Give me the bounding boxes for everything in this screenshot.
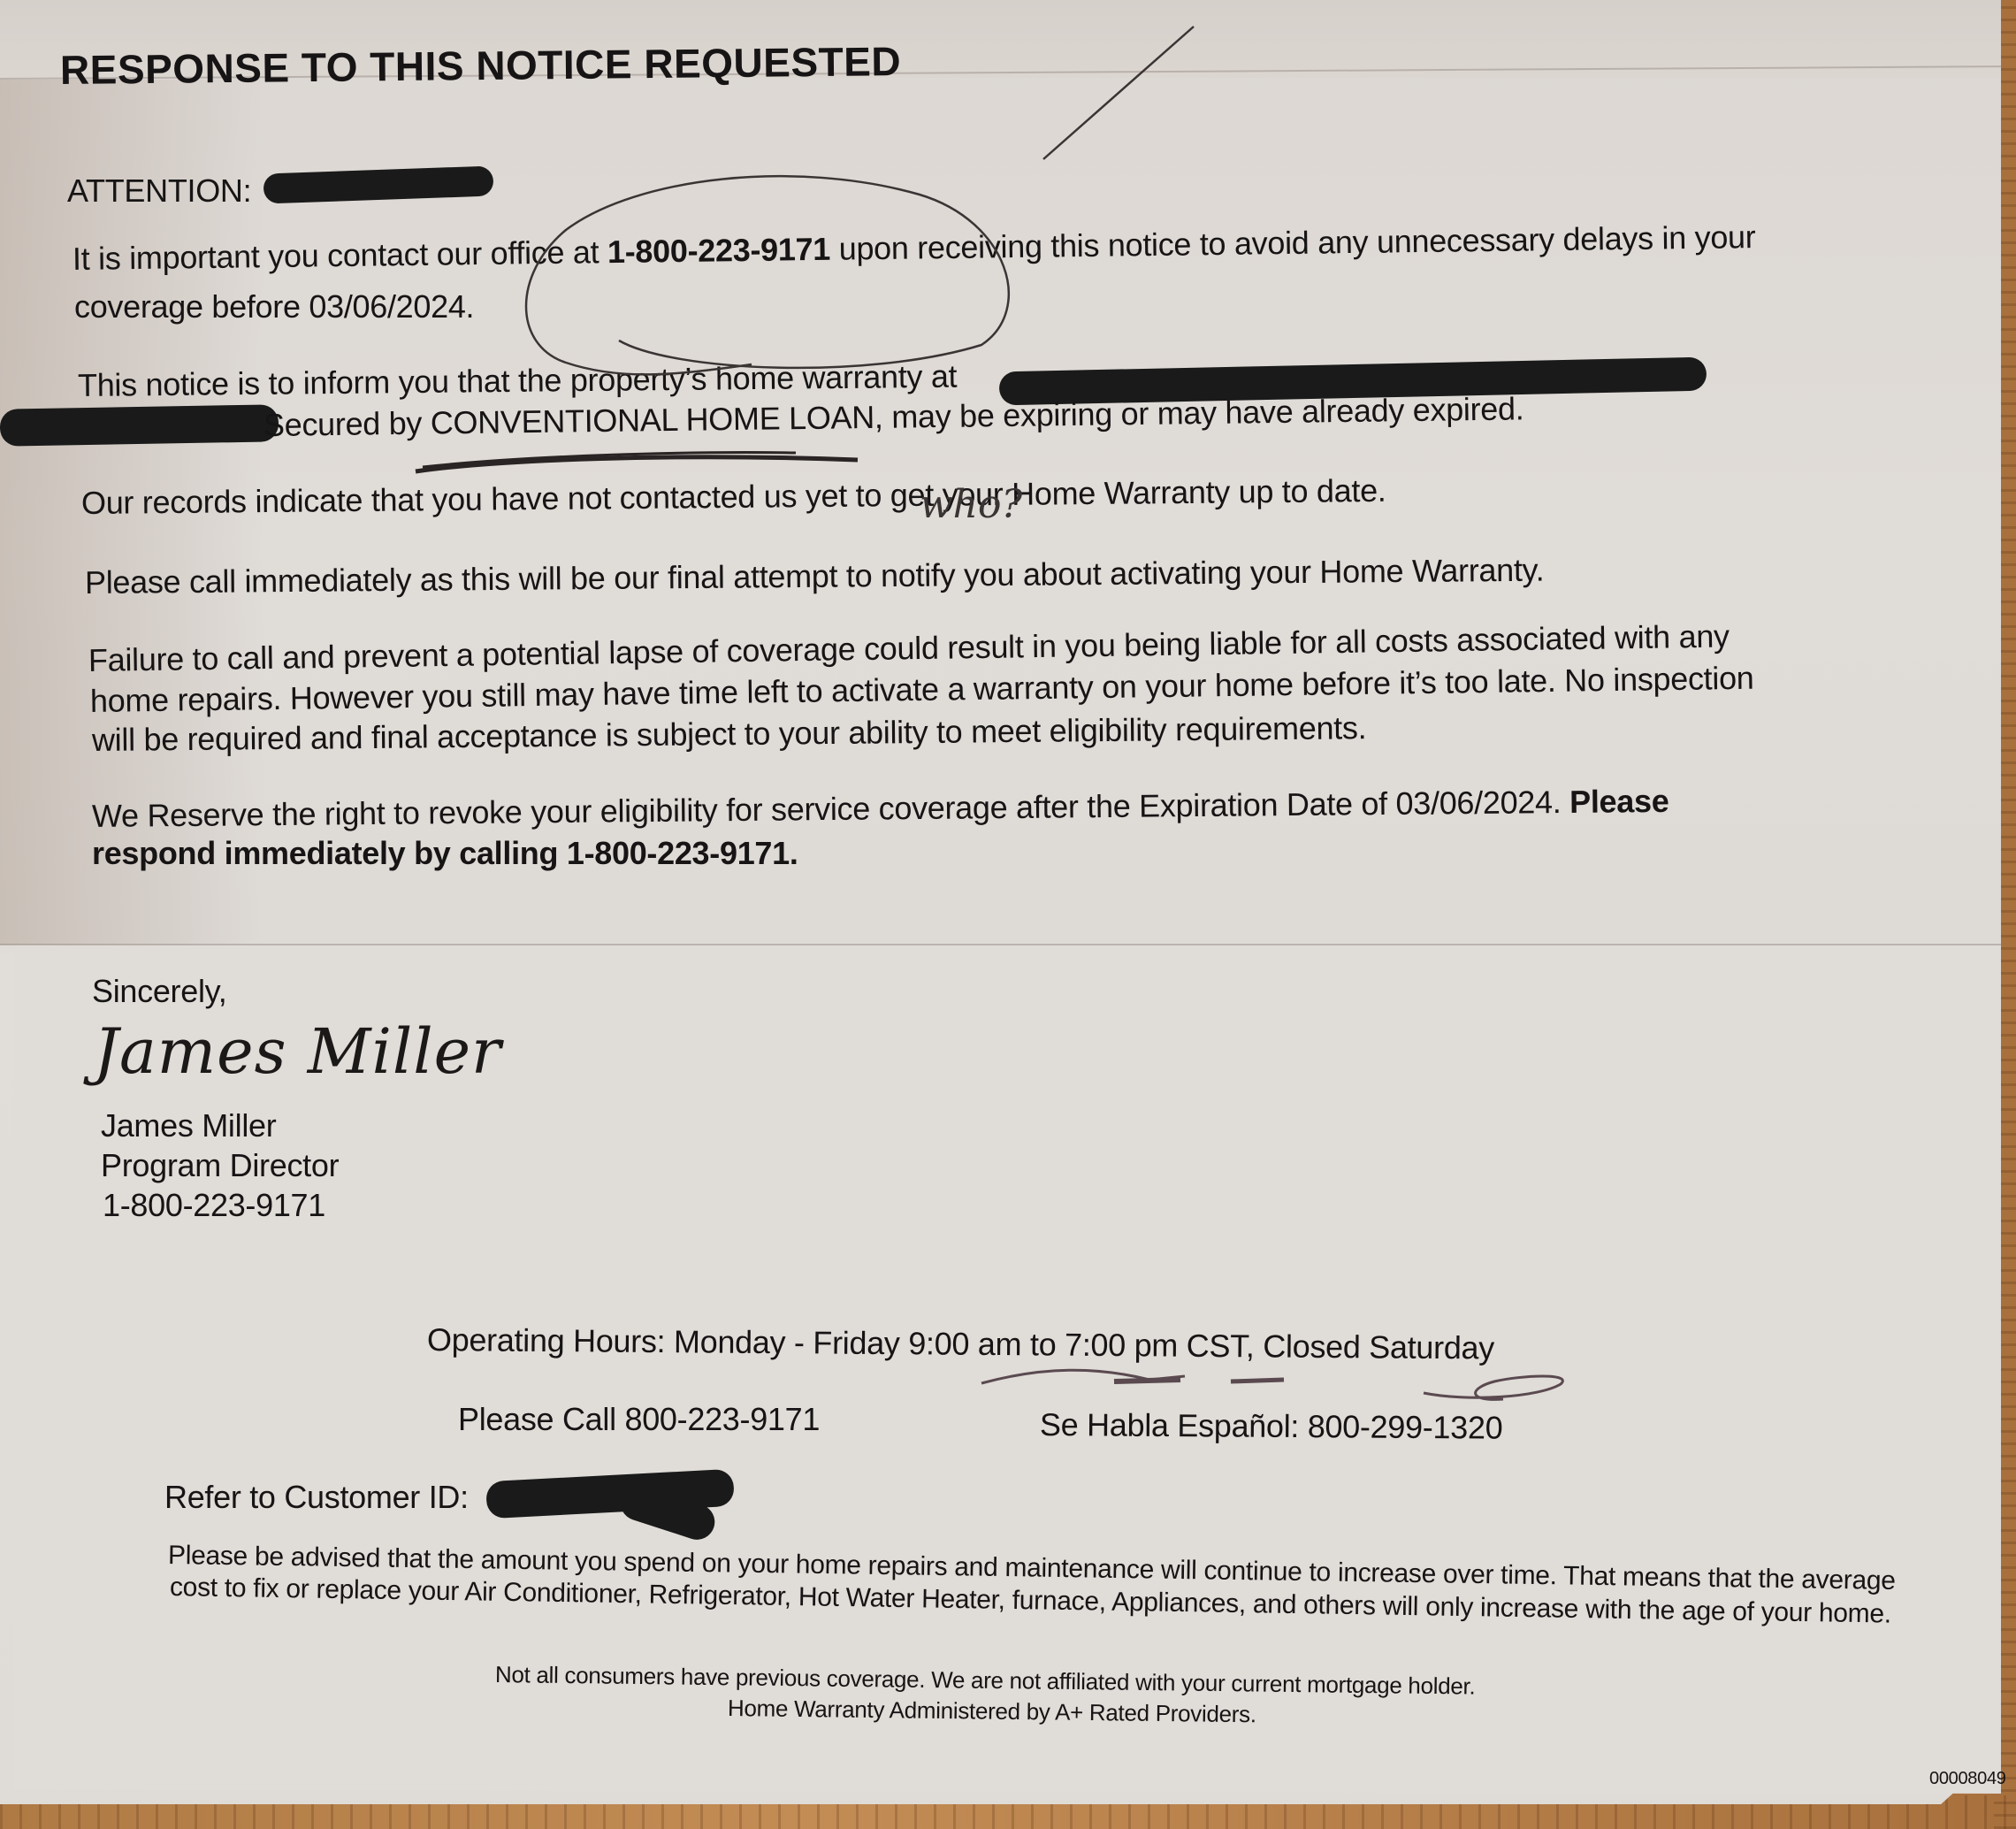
respond-immediately-line: respond immediately by calling 1-800-223… <box>92 835 798 872</box>
signer-name: James Miller <box>101 1107 276 1144</box>
spanish-line-number: Se Habla Español: 800-299-1320 <box>1040 1406 1503 1447</box>
redacted-property-address-cont <box>0 404 279 446</box>
contact-text-before: It is important you contact our office a… <box>73 233 608 277</box>
attention-label: ATTENTION: <box>67 172 251 210</box>
document-number: 00008049 <box>1929 1769 2006 1789</box>
middle-fold-line <box>0 944 2001 945</box>
coverage-deadline: coverage before 03/06/2024. <box>74 288 474 325</box>
please-call-number: Please Call 800-223-9171 <box>458 1401 820 1438</box>
notice-heading: RESPONSE TO THIS NOTICE REQUESTED <box>60 37 902 94</box>
signer-phone: 1-800-223-9171 <box>103 1187 325 1224</box>
closing-sincerely: Sincerely, <box>92 973 226 1010</box>
contact-phone-number: 1-800-223-9171 <box>607 231 831 270</box>
please-bold: Please <box>1569 783 1669 820</box>
signature: James Miller <box>94 1015 502 1088</box>
signer-title: Program Director <box>101 1147 339 1184</box>
customer-id-label: Refer to Customer ID: <box>164 1479 469 1516</box>
